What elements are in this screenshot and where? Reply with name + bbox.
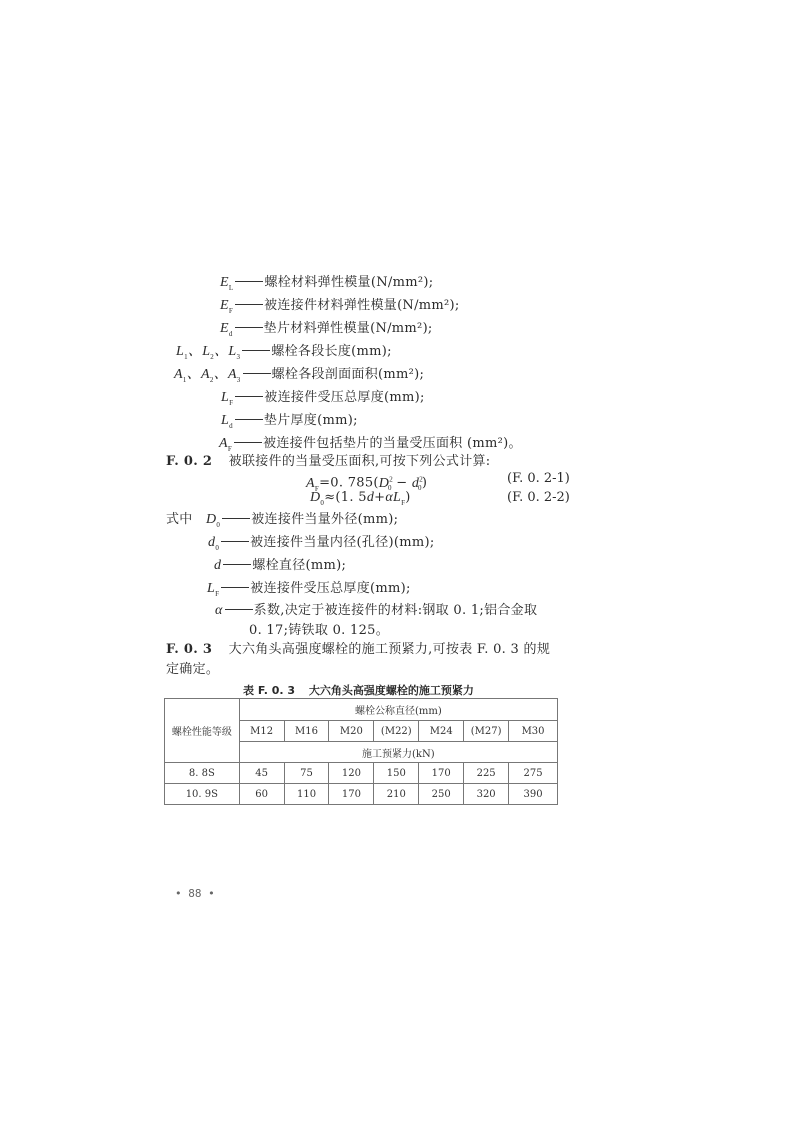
row-header-cell: 螺栓性能等级 (165, 699, 240, 763)
column-header: M12 (239, 721, 284, 742)
em-dash (242, 350, 270, 351)
column-header: M30 (509, 721, 558, 742)
section-text: 大六角头高强度螺栓的施工预紧力,可按表 F. 0. 3 的规 (229, 642, 550, 657)
value-cell: 225 (464, 763, 509, 784)
value-cell: 45 (239, 763, 284, 784)
em-dash (235, 304, 263, 305)
definition-text: 被连接件包括垫片的当量受压面积 (mm²)。 (263, 436, 522, 451)
where-label: 式中 (166, 512, 193, 528)
symbol: EL (220, 275, 233, 290)
table-number: 表 F. 0. 3 (243, 684, 295, 697)
value-cell: 320 (464, 784, 509, 805)
definition-alpha-cont: 0. 17;铸铁取 0. 125。 (249, 623, 389, 639)
definition-Ld: Ld垫片厚度(mm); (221, 413, 358, 434)
value-cell: 250 (419, 784, 464, 805)
value-cell: 210 (374, 784, 419, 805)
em-dash (235, 281, 263, 282)
definition-LF: LF被连接件受压总厚度(mm); (221, 390, 425, 411)
symbol: Ed (220, 321, 233, 336)
em-dash (235, 327, 263, 328)
preload-table: 螺栓性能等级 螺栓公称直径(mm) M12 M16 M20 (M22) M24 … (164, 698, 558, 805)
section-f02: F. 0. 2 被联接件的当量受压面积,可按下列公式计算: (166, 454, 490, 470)
em-dash (223, 564, 251, 565)
definition-D0: D0被连接件当量外径(mm); (206, 512, 398, 533)
section-f03-cont: 定确定。 (166, 662, 219, 678)
value-cell: 150 (374, 763, 419, 784)
equation-f02-2: D0≈(1. 5d+αLF) (310, 490, 411, 511)
column-header: (M27) (464, 721, 509, 742)
value-cell: 120 (329, 763, 374, 784)
definition-EF: EF被连接件材料弹性模量(N/mm²); (220, 298, 460, 319)
definition-text: 螺栓各段剖面面积(mm²); (272, 367, 425, 382)
symbol: LF (221, 390, 233, 405)
symbol: Ld (221, 413, 233, 428)
em-dash (234, 442, 262, 443)
definition-text: 被连接件当量外径(mm); (251, 512, 398, 527)
value-cell: 170 (329, 784, 374, 805)
em-dash (225, 609, 253, 610)
column-header: (M22) (374, 721, 419, 742)
value-cell: 60 (239, 784, 284, 805)
definition-d0: d0被连接件当量内径(孔径)(mm); (208, 535, 435, 556)
em-dash (221, 587, 249, 588)
definition-A123: A1、A2、A3螺栓各段剖面面积(mm²); (174, 367, 424, 388)
table-caption: 表 F. 0. 3 大六角头高强度螺栓的施工预紧力 (243, 682, 474, 698)
em-dash (235, 419, 263, 420)
value-cell: 170 (419, 763, 464, 784)
value-cell: 75 (284, 763, 329, 784)
definition-Ed: Ed垫片材料弹性模量(N/mm²); (220, 321, 433, 342)
definition-text: 螺栓各段长度(mm); (271, 344, 391, 359)
grade-cell: 10. 9S (165, 784, 240, 805)
definition-text: 垫片厚度(mm); (264, 413, 358, 428)
table-row: 8. 8S 45 75 120 150 170 225 275 (165, 763, 558, 784)
em-dash (221, 541, 249, 542)
equation-label: (F. 0. 2-1) (507, 471, 570, 486)
group-header-cell: 螺栓公称直径(mm) (239, 699, 557, 721)
definition-text: 被连接件材料弹性模量(N/mm²); (264, 298, 460, 313)
grade-cell: 8. 8S (165, 763, 240, 784)
value-cell: 110 (284, 784, 329, 805)
symbol: EF (220, 298, 233, 313)
definition-text: 被连接件当量内径(孔径)(mm); (250, 535, 434, 550)
symbol: AF (219, 436, 232, 451)
page-number: • 88 • (175, 887, 215, 900)
em-dash (243, 373, 271, 374)
definition-text: 螺栓材料弹性模量(N/mm²); (264, 275, 433, 290)
em-dash (235, 396, 263, 397)
section-f03: F. 0. 3 大六角头高强度螺栓的施工预紧力,可按表 F. 0. 3 的规 (166, 642, 550, 658)
section-number: F. 0. 2 (166, 454, 212, 469)
table-title: 大六角头高强度螺栓的施工预紧力 (309, 684, 474, 697)
definition-EL: EL螺栓材料弹性模量(N/mm²); (220, 275, 433, 296)
value-cell: 390 (509, 784, 558, 805)
equation-label: (F. 0. 2-2) (507, 490, 570, 505)
definition-text: 螺栓直径(mm); (252, 558, 346, 573)
symbol: L1、L2、L3 (176, 344, 240, 359)
column-header: M24 (419, 721, 464, 742)
value-header-cell: 施工预紧力(kN) (239, 742, 557, 763)
definition-d: d螺栓直径(mm); (214, 558, 346, 574)
definition-L123: L1、L2、L3螺栓各段长度(mm); (176, 344, 392, 365)
definition-text: 系数,决定于被连接件的材料:钢取 0. 1;铝合金取 (254, 603, 538, 618)
section-number: F. 0. 3 (166, 642, 212, 657)
table-row: 10. 9S 60 110 170 210 250 320 390 (165, 784, 558, 805)
section-text: 被联接件的当量受压面积,可按下列公式计算: (229, 454, 491, 469)
definition-text: 被连接件受压总厚度(mm); (250, 581, 410, 596)
symbol: A1、A2、A3 (174, 367, 241, 382)
em-dash (222, 518, 250, 519)
column-header: M20 (329, 721, 374, 742)
definition-alpha: α系数,决定于被连接件的材料:钢取 0. 1;铝合金取 (215, 603, 537, 619)
definition-LF-2: LF被连接件受压总厚度(mm); (207, 581, 411, 602)
value-cell: 275 (509, 763, 558, 784)
definition-text: 垫片材料弹性模量(N/mm²); (264, 321, 433, 336)
column-header: M16 (284, 721, 329, 742)
definition-text: 被连接件受压总厚度(mm); (264, 390, 424, 405)
